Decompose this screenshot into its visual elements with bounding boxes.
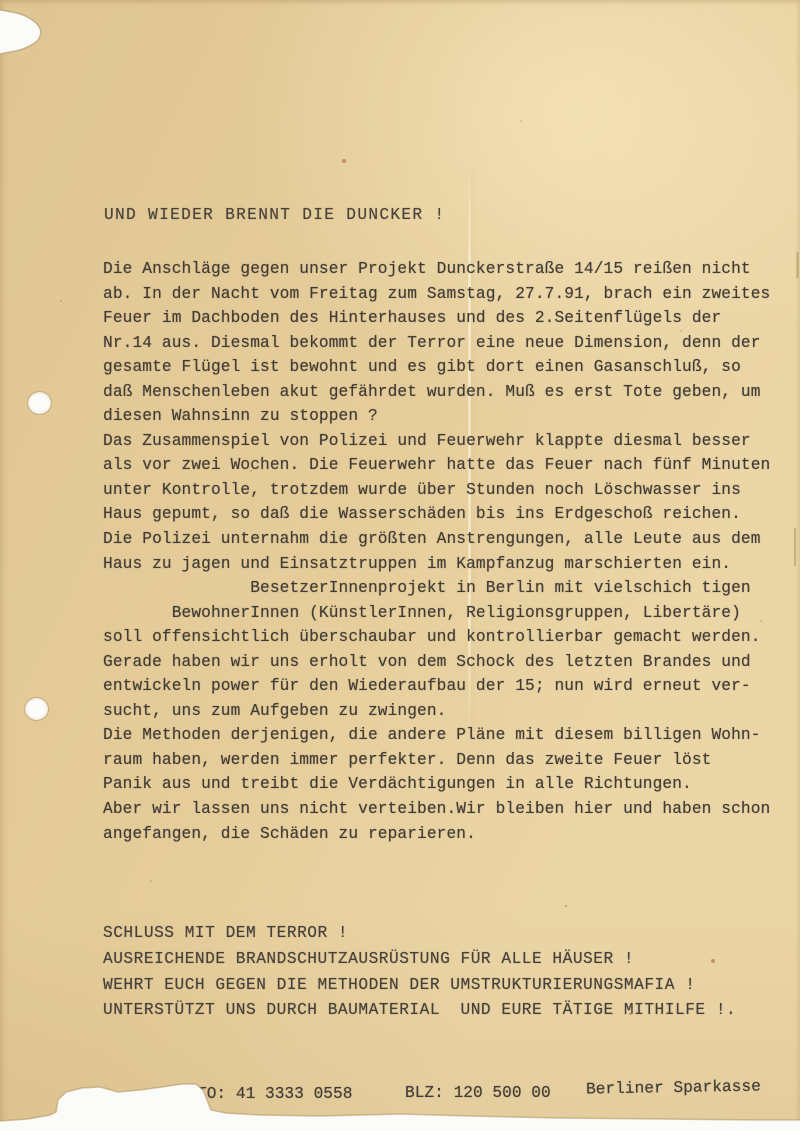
body-line: Nr.14 aus. Diesmal bekommt der Terror ei… — [103, 331, 770, 356]
slogan-block: SCHLUSS MIT DEM TERROR !AUSREICHENDE BRA… — [103, 921, 736, 1024]
body-line: Feuer im Dachboden des Hinterhauses und … — [103, 306, 770, 331]
body-line: Die Methoden derjenigen, die andere Plän… — [103, 723, 770, 748]
bank-account-number: TO: 41 3333 0558 — [197, 1085, 352, 1103]
body-line: ab. In der Nacht vom Freitag zum Samstag… — [103, 282, 770, 307]
body-line: unter Kontrolle, trotzdem wurde über Stu… — [103, 478, 770, 503]
body-line: Aber wir lassen uns nicht verteiben.Wir … — [103, 797, 770, 822]
bank-blz-code: BLZ: 120 500 00 — [405, 1084, 551, 1102]
body-line: Das Zusammenspiel von Polizei und Feuerw… — [103, 429, 770, 454]
body-line: entwickeln power für den Wiederaufbau de… — [103, 674, 770, 699]
slogan-line: WEHRT EUCH GEGEN DIE METHODEN DER UMSTRU… — [103, 973, 736, 999]
slogan-line: UNTERSTÜTZT UNS DURCH BAUMATERIAL UND EU… — [103, 998, 736, 1024]
scanned-flyer: UND WIEDER BRENNT DIE DUNCKER ! Die Ansc… — [0, 0, 800, 1131]
body-line: sucht, uns zum Aufgeben zu zwingen. — [103, 699, 770, 724]
document-body: Die Anschläge gegen unser Projekt Duncke… — [103, 257, 770, 846]
paper-speckles — [0, 0, 2, 2]
body-line: diesen Wahnsinn zu stoppen ? — [103, 404, 770, 429]
body-line: BesetzerInnenprojekt in Berlin mit viels… — [103, 576, 770, 601]
body-line: Panik aus und treibt die Verdächtigungen… — [103, 772, 770, 797]
punch-hole-bottom — [25, 698, 48, 720]
body-line: Die Polizei unternahm die größten Anstre… — [103, 527, 770, 552]
slogan-line: AUSREICHENDE BRANDSCHUTZAUSRÜSTUNG FÜR A… — [103, 947, 736, 973]
body-line: Gerade haben wir uns erholt von dem Scho… — [103, 650, 770, 675]
body-line: als vor zwei Wochen. Die Feuerwehr hatte… — [103, 453, 770, 478]
slogan-line: SCHLUSS MIT DEM TERROR ! — [103, 921, 736, 947]
body-line: raum haben, werden immer perfekter. Denn… — [103, 748, 770, 773]
body-line: Die Anschläge gegen unser Projekt Duncke… — [103, 257, 770, 282]
body-line: BewohnerInnen (KünstlerInnen, Religionsg… — [103, 601, 770, 626]
body-line: daß Menschenleben akut gefährdet wurden.… — [103, 380, 770, 405]
body-line: angefangen, die Schäden zu reparieren. — [103, 822, 770, 847]
body-line: soll offensichtlich überschaubar und kon… — [103, 625, 770, 650]
body-line: Haus zu jagen und Einsatztruppen im Kamp… — [103, 552, 770, 577]
body-line: Haus gepumt, so daß die Wasserschäden bi… — [103, 502, 770, 527]
document-title: UND WIEDER BRENNT DIE DUNCKER ! — [104, 206, 445, 224]
body-line: gesamte Flügel ist bewohnt und es gibt d… — [103, 355, 770, 380]
punch-hole-top — [28, 392, 51, 414]
bank-name: Berliner Sparkasse — [586, 1077, 761, 1098]
